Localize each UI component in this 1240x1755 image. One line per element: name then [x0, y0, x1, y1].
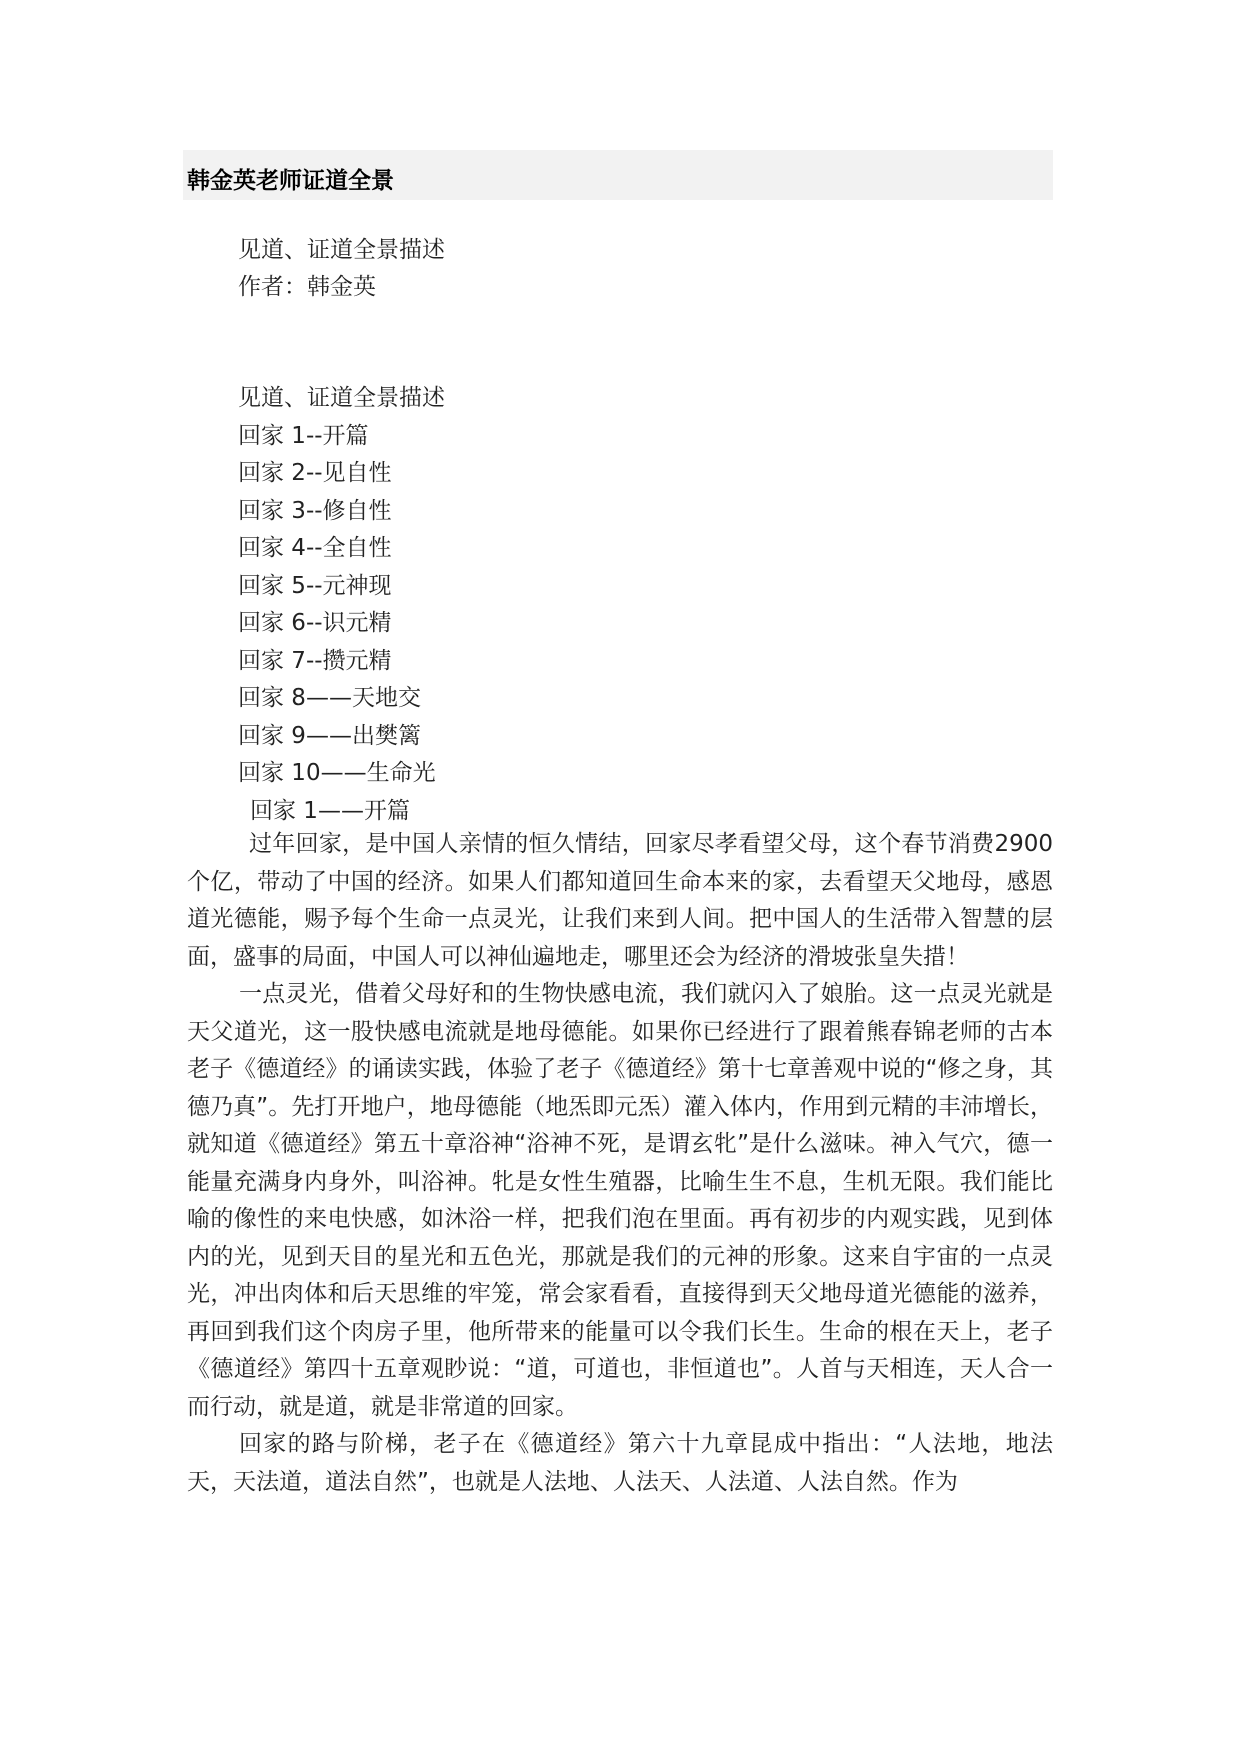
toc-item: 回家 5--元神现 — [238, 568, 445, 606]
toc-item: 回家 1--开篇 — [238, 418, 445, 456]
document-body: 过年回家，是中国人亲情的恒久情结，回家尽孝看望父母，这个春节消费2900 个亿，… — [187, 826, 1053, 1501]
toc-item: 回家 9——出樊篱 — [238, 718, 445, 756]
document-meta: 见道、证道全景描述 作者：韩金英 — [238, 232, 445, 306]
toc-item: 回家 6--识元精 — [238, 605, 445, 643]
author-line: 作者：韩金英 — [238, 269, 445, 306]
table-of-contents: 见道、证道全景描述 回家 1--开篇 回家 2--见自性 回家 3--修自性 回… — [238, 380, 445, 830]
document-title: 韩金英老师证道全景 — [187, 166, 394, 196]
body-paragraph: 回家的路与阶梯，老子在《德道经》第六十九章昆成中指出：“人法地，地法天，天法道，… — [187, 1426, 1053, 1501]
toc-item: 回家 8——天地交 — [238, 680, 445, 718]
document-subtitle: 见道、证道全景描述 — [238, 232, 445, 269]
toc-item: 回家 4--全自性 — [238, 530, 445, 568]
toc-item: 回家 3--修自性 — [238, 493, 445, 531]
body-paragraph: 一点灵光，借着父母好和的生物快感电流，我们就闪入了娘胎。这一点灵光就是天父道光，… — [187, 976, 1053, 1426]
toc-item: 回家 10——生命光 — [238, 755, 445, 793]
body-paragraph: 过年回家，是中国人亲情的恒久情结，回家尽孝看望父母，这个春节消费2900 个亿，… — [187, 826, 1053, 976]
toc-item: 回家 7--攒元精 — [238, 643, 445, 681]
section-heading: 回家 1——开篇 — [238, 793, 445, 831]
toc-heading: 见道、证道全景描述 — [238, 380, 445, 418]
document-page: 韩金英老师证道全景 见道、证道全景描述 作者：韩金英 见道、证道全景描述 回家 … — [0, 0, 1240, 1755]
toc-item: 回家 2--见自性 — [238, 455, 445, 493]
